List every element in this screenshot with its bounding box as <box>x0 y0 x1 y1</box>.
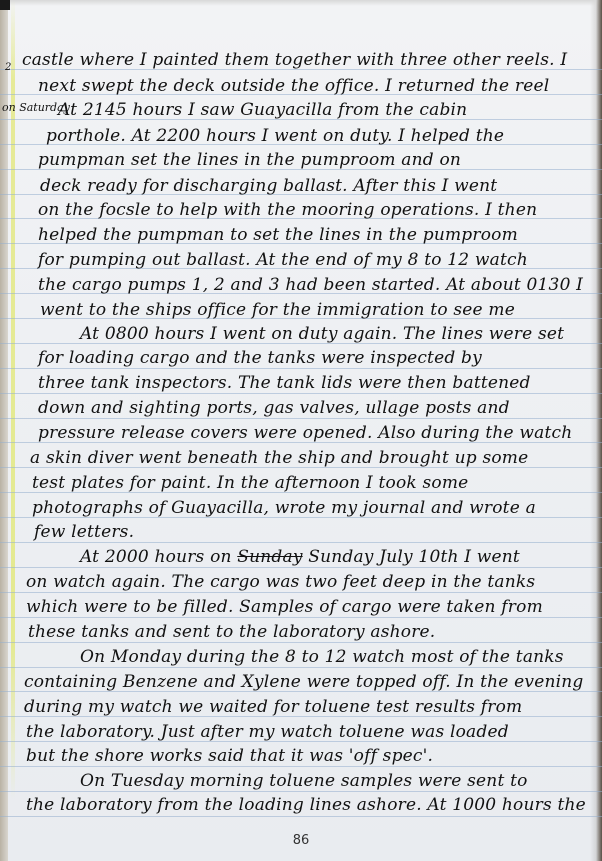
text-line: pressure release covers were opened. Als… <box>38 423 572 443</box>
text-line: At 2145 hours I saw Guayacilla from the … <box>58 100 467 120</box>
text-line-sunday: At 2000 hours on Sunday Sunday July 10th… <box>80 547 520 567</box>
text-line: three tank inspectors. The tank lids wer… <box>38 373 531 393</box>
ruled-line <box>0 816 602 817</box>
text-line: test plates for paint. In the afternoon … <box>32 473 468 493</box>
text-line: On Monday during the 8 to 12 watch most … <box>80 647 564 667</box>
text-line: helped the pumpman to set the lines in t… <box>38 225 518 245</box>
text-line: these tanks and sent to the laboratory a… <box>28 622 435 642</box>
text-line: On Tuesday morning toluene samples were … <box>80 771 528 791</box>
text-line: a skin diver went beneath the ship and b… <box>30 448 528 468</box>
ruled-line <box>0 393 602 394</box>
page-number: 86 <box>0 833 602 848</box>
sunday-prefix: At 2000 hours on <box>80 547 237 567</box>
text-line: containing Benzene and Xylene were toppe… <box>24 672 584 692</box>
text-line: but the shore works said that it was 'of… <box>26 746 433 766</box>
sunday-suffix: Sunday July 10th I went <box>303 547 520 567</box>
text-line: few letters. <box>34 522 134 542</box>
text-line: pumpman set the lines in the pumproom an… <box>38 150 461 170</box>
text-line: the laboratory. Just after my watch tolu… <box>26 722 509 742</box>
ruled-line <box>0 791 602 792</box>
margin-line-marker: 2 <box>5 62 11 73</box>
text-line: the laboratory from the loading lines as… <box>26 795 586 815</box>
ruled-line <box>0 418 602 419</box>
text-line: on the focsle to help with the mooring o… <box>38 200 537 220</box>
left-binding <box>0 0 8 861</box>
journal-page: 2 on Saturday castle where I painted the… <box>0 0 602 861</box>
text-line: on watch again. The cargo was two feet d… <box>26 572 535 592</box>
ruled-line <box>0 592 602 593</box>
page-top-edge <box>0 0 602 6</box>
text-line: porthole. At 2200 hours I went on duty. … <box>46 126 504 146</box>
text-line: the cargo pumps 1, 2 and 3 had been star… <box>38 275 583 295</box>
text-line: for pumping out ballast. At the end of m… <box>38 250 528 270</box>
margin-highlight-line <box>11 0 15 800</box>
text-line: At 0800 hours I went on duty again. The … <box>80 324 564 344</box>
corner-shadow <box>0 0 10 10</box>
text-line: deck ready for discharging ballast. Afte… <box>40 176 497 196</box>
ruled-line <box>0 766 602 767</box>
text-line: for loading cargo and the tanks were ins… <box>38 348 482 368</box>
ruled-line <box>0 642 602 643</box>
text-line: castle where I painted them together wit… <box>22 50 567 70</box>
text-line: next swept the deck outside the office. … <box>38 76 549 96</box>
struck-word: Sunday <box>237 547 302 567</box>
ruled-line <box>0 542 602 543</box>
ruled-line <box>0 617 602 618</box>
ruled-line <box>0 667 602 668</box>
text-line: down and sighting ports, gas valves, ull… <box>38 398 510 418</box>
right-page-edge <box>596 0 602 861</box>
text-line: during my watch we waited for toluene te… <box>24 697 522 717</box>
ruled-line <box>0 567 602 568</box>
ruled-line <box>0 368 602 369</box>
text-line: photographs of Guayacilla, wrote my jour… <box>32 498 536 518</box>
text-line: went to the ships office for the immigra… <box>40 300 515 320</box>
text-line: which were to be filled. Samples of carg… <box>26 597 543 617</box>
